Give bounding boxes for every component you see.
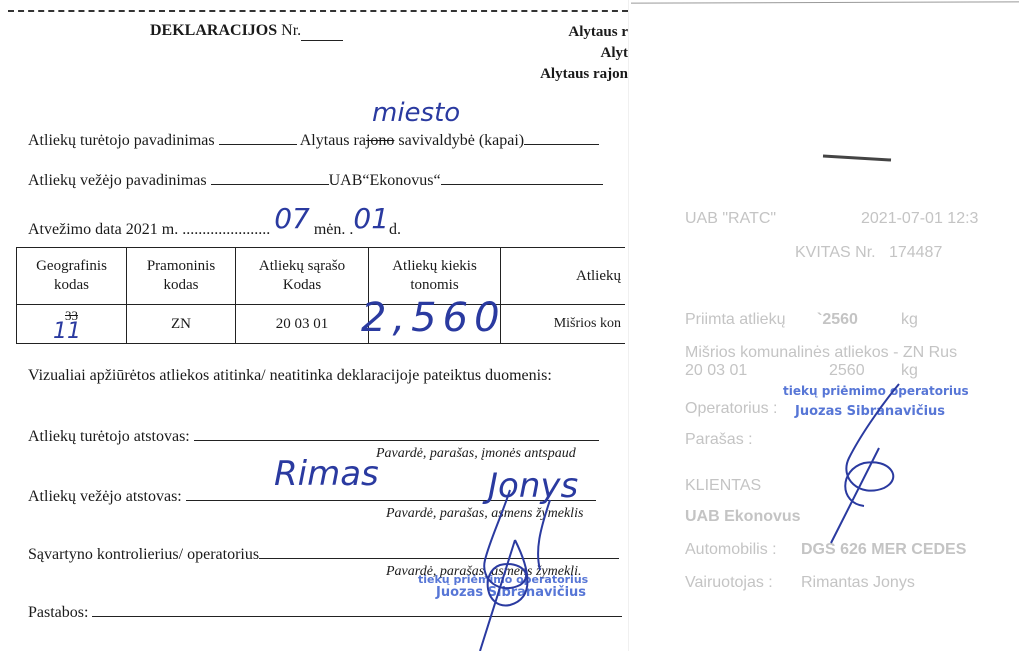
receipt-stamp-line2: Juozas Sibranavičius — [795, 404, 945, 419]
holder-value: Alytaus ra — [300, 132, 366, 149]
day-label: d. — [389, 221, 401, 238]
header-industrial: Pramoninis kodas — [127, 248, 236, 305]
client-name: UAB Ekonovus — [685, 508, 801, 526]
geo-handwritten: 11 — [53, 319, 81, 344]
declaration-form: DEKLARACIJOS Nr. Alytaus r Alyt Alytaus … — [0, 0, 628, 651]
holder-label: Atliekų turėtojo pavadinimas — [28, 132, 215, 149]
org-line-1: Alytaus r — [568, 24, 628, 41]
carrier-rep-handwritten-name: Rimas — [274, 454, 379, 494]
driver-value: Rimantas Jonys — [801, 574, 915, 592]
quantity-handwritten: 2,560 — [361, 295, 506, 341]
receipt: UAB "RATC" 2021-07-01 12:3 KVITAS Nr. 17… — [628, 0, 1020, 651]
holder-struck: jono — [366, 132, 394, 149]
carrier-label: Atliekų vežėjo pavadinimas — [28, 172, 207, 189]
cell-geo: 33 11 — [17, 305, 127, 344]
carrier-rep-label: Atliekų vežėjo atstovas: — [28, 488, 182, 505]
header-geo: Geografinis kodas — [17, 248, 127, 305]
receipt-datetime: 2021-07-01 12:3 — [861, 210, 978, 228]
cut-line — [8, 10, 628, 12]
holder-value-suffix: savivaldybė (kapai) — [398, 132, 524, 149]
receipt-scribble-mark — [819, 152, 899, 164]
carrier-row: Atliekų vežėjo pavadinimas UAB“Ekonovus“ — [28, 170, 603, 190]
carrier-rep-signature: Jonys — [488, 466, 578, 506]
title-bold: DEKLARACIJOS — [150, 22, 277, 39]
accepted-label: Priimta atliekų — [685, 311, 785, 329]
delivery-day-handwritten: 01 — [353, 202, 389, 235]
waste-table: Geografinis kodas Pramoninis kodas Atlie… — [16, 247, 625, 344]
delivery-month-handwritten: 07 — [274, 202, 310, 235]
receipt-number-label: KVITAS Nr. — [795, 244, 876, 261]
header-list-code: Atliekų sąrašo Kodas — [236, 248, 369, 305]
holder-rep-row: Atliekų turėtojo atstovas: — [28, 426, 599, 446]
title-nr: Nr. — [281, 22, 301, 39]
receipt-company: UAB "RATC" — [685, 210, 776, 228]
operator-row: Sąvartyno kontrolierius/ operatorius — [28, 544, 619, 564]
notes-label: Pastabos: — [28, 604, 88, 621]
waste-qty: 2560 — [829, 362, 865, 380]
cell-industrial: ZN — [127, 305, 236, 344]
delivery-label: Atvežimo data 2021 m. ..................… — [28, 221, 270, 238]
holder-row: Atliekų turėtojo pavadinimas Alytaus raj… — [28, 130, 599, 150]
declaration-title: DEKLARACIJOS Nr. — [150, 22, 343, 41]
holder-correction-handwritten: miesto — [372, 98, 460, 128]
cell-waste-name: Mišrios kon — [501, 305, 626, 344]
notes-row: Pastabos: — [28, 602, 622, 622]
receipt-number-row: KVITAS Nr. 174487 — [795, 244, 942, 262]
client-label: KLIENTAS — [685, 477, 761, 495]
driver-label: Vairuotojas : — [685, 574, 773, 592]
vehicle-label: Automobilis : — [685, 541, 777, 559]
waste-description: Mišrios komunalinės atliekos - ZN Rus — [685, 344, 957, 362]
cell-list-code: 20 03 01 — [236, 305, 369, 344]
table-header-row: Geografinis kodas Pramoninis kodas Atlie… — [17, 248, 626, 305]
table-row: 33 11 ZN 20 03 01 2,560 Mišrios kon — [17, 305, 626, 344]
receipt-number: 174487 — [889, 244, 942, 261]
org-line-3: Alytaus rajon — [540, 66, 628, 83]
operator-stamp-line2: Juozas Sibranavičius — [436, 585, 586, 600]
waste-unit: kg — [901, 362, 918, 380]
header-waste: Atliekų — [501, 248, 626, 305]
inspection-text: Vizualiai apžiūrėtos atliekos atitinka/ … — [28, 367, 552, 385]
org-line-2: Alyt — [601, 45, 629, 62]
month-label: mėn. . — [314, 221, 354, 238]
waste-code: 20 03 01 — [685, 362, 747, 380]
delivery-row: Atvežimo data 2021 m. ..................… — [28, 208, 401, 241]
carrier-value: UAB“Ekonovus“ — [329, 172, 441, 189]
cell-quantity: 2,560 — [369, 305, 501, 344]
carrier-rep-hint: Pavardė, parašas, asmens žymeklis — [386, 506, 583, 522]
operator-label: Sąvartyno kontrolierius/ operatorius — [28, 546, 259, 563]
accepted-unit: kg — [901, 311, 918, 329]
signature-label: Parašas : — [685, 431, 753, 449]
operator-label: Operatorius : — [685, 400, 777, 418]
holder-rep-hint: Pavardė, parašas, įmonės antspaud — [376, 446, 576, 462]
accepted-qty: `2560 — [817, 311, 858, 329]
vehicle-value: DGS 626 MER CEDES — [801, 541, 966, 559]
holder-rep-label: Atliekų turėtojo atstovas: — [28, 428, 190, 445]
receipt-stamp-line1: tiekų priėmimo operatorius — [783, 384, 969, 398]
